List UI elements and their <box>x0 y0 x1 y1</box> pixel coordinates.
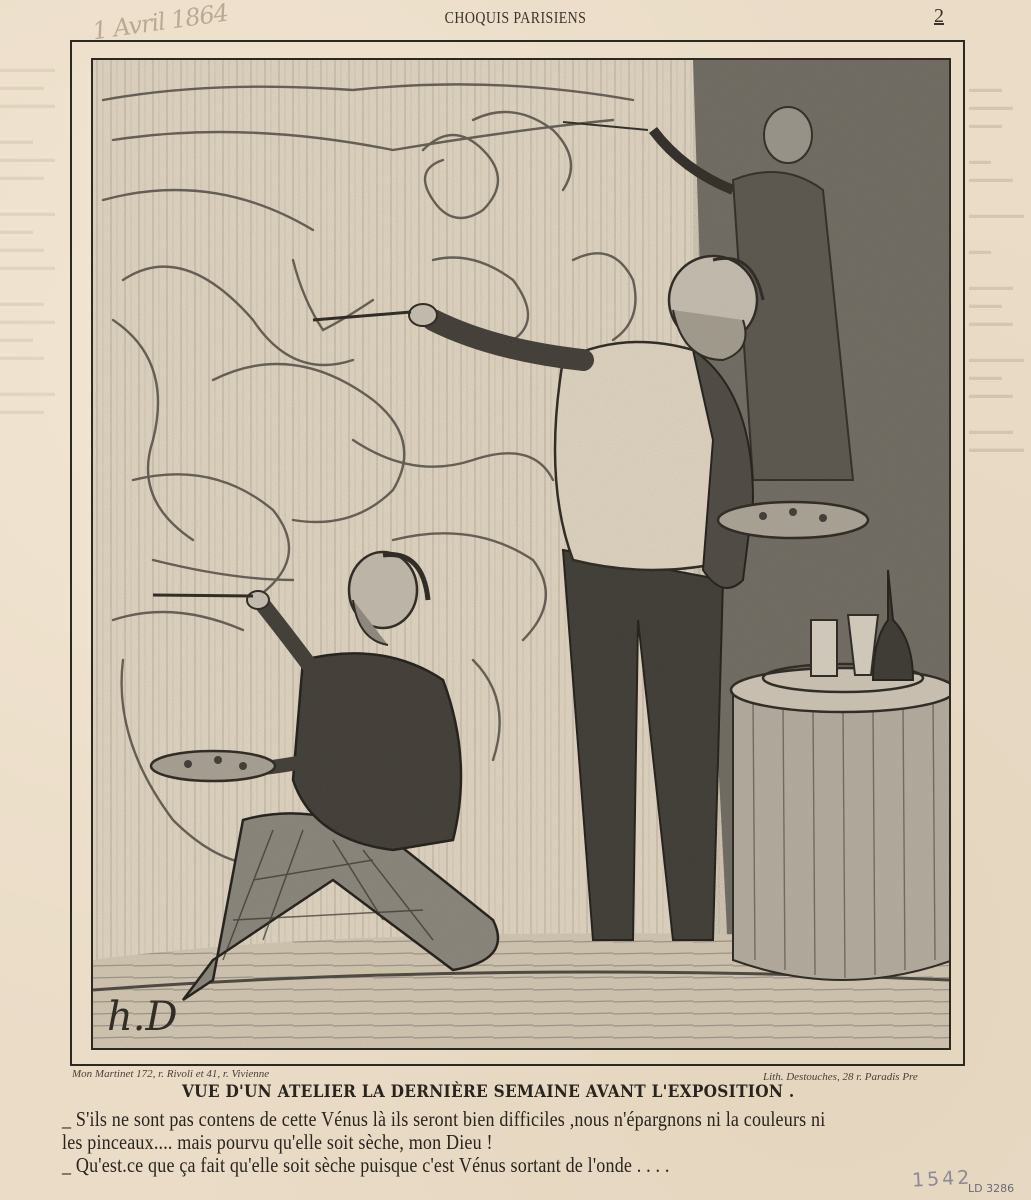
caption-line-1: _ S'ils ne sont pas contens de cette Vén… <box>62 1107 825 1132</box>
page-number: 2 <box>934 5 944 28</box>
archive-code: LD 3286 <box>968 1182 1014 1195</box>
series-title: CHOQUIS PARISIENS <box>93 8 938 28</box>
archive-pencil-number: 1542 <box>911 1166 972 1191</box>
caption-title: VUE D'UN ATELIER LA DERNIÈRE SEMAINE AVA… <box>182 1082 794 1101</box>
caption-line-2: les pinceaux.... mais pourvu qu'elle soi… <box>62 1130 493 1155</box>
show-through-text-right: ▬▬▬▬▬▬▬▬▬▬▬▬▬▬▬▬▬▬▬▬▬▬▬▬▬▬▬▬▬▬▬▬▬▬▬▬▬▬▬▬… <box>969 80 1031 1080</box>
show-through-text-left: ▬▬▬▬▬▬▬▬▬▬▬▬▬▬▬▬▬▬▬▬▬▬▬▬▬▬▬▬▬▬▬▬▬▬▬▬▬▬▬▬… <box>0 60 68 1060</box>
caption-line-3: _ Qu'est.ce que ça fait qu'elle soit sèc… <box>62 1153 670 1178</box>
printer-imprint-left: Mon Martinet 172, r. Rivoli et 41, r. Vi… <box>72 1068 269 1080</box>
lithograph-image: h.D <box>91 58 951 1050</box>
